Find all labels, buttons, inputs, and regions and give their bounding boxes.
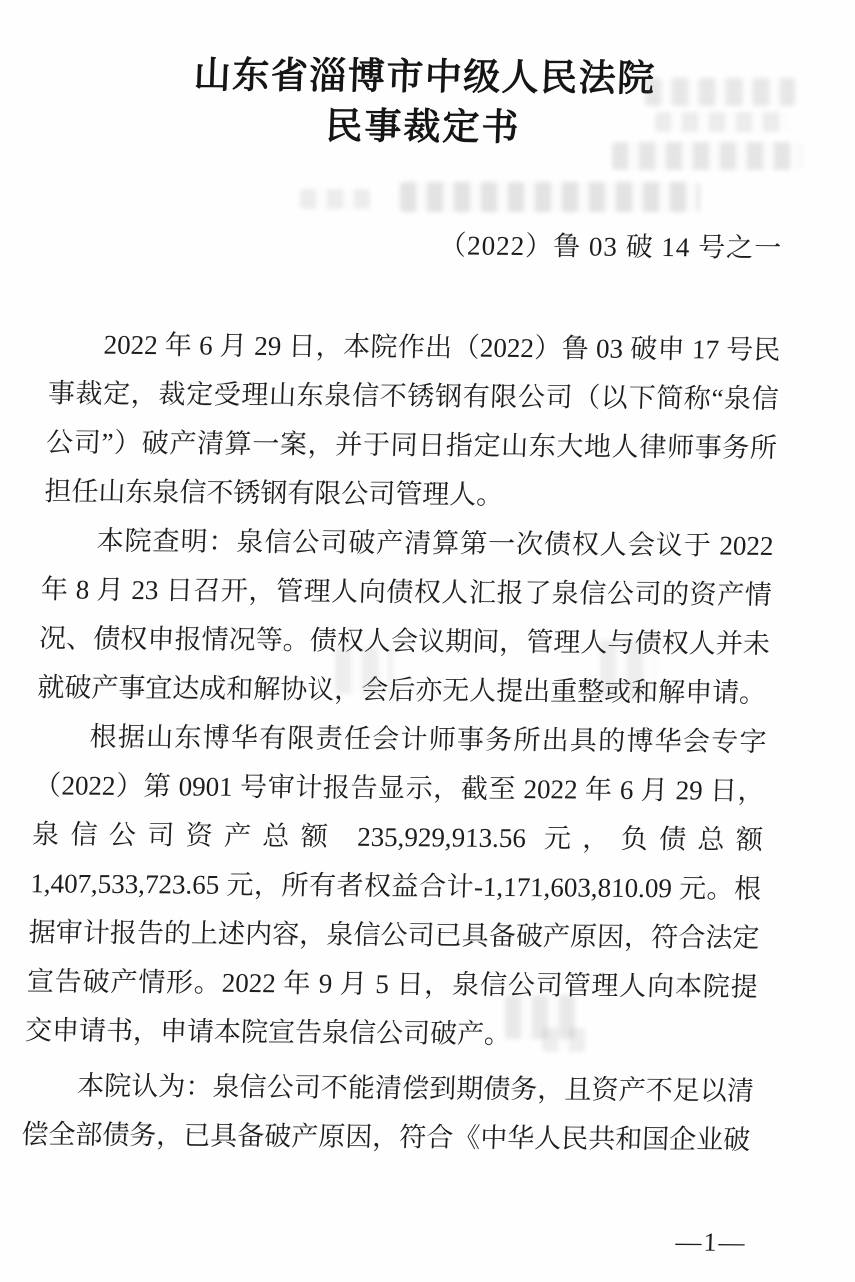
page-number: —1— [675,1227,747,1258]
paragraph-court-findings: 本院查明：泉信公司破产清算第一次债权人会议于 2022 年 8 月 23 日召开… [37,516,775,718]
court-name-heading: 山东省淄博市中级人民法院 [0,50,853,107]
paragraph-ruling-history: 2022 年 6 月 29 日，本院作出（2022）鲁 03 破申 17 号民事… [44,320,782,522]
case-number: （2022）鲁 03 破 14 号之一 [0,218,783,273]
document-sheet: 山东省淄博市中级人民法院 民事裁定书 （2022）鲁 03 破 14 号之一 2… [0,0,855,1282]
document-type-heading: 民事裁定书 [0,100,851,157]
document-body: 2022 年 6 月 29 日，本院作出（2022）鲁 03 破申 17 号民事… [21,320,782,1165]
scanned-court-document: 山东省淄博市中级人民法院 民事裁定书 （2022）鲁 03 破 14 号之一 2… [0,0,855,1282]
paragraph-audit-report: 根据山东博华有限责任会计师事务所出具的博华会专字（2022）第 0901 号审计… [24,712,767,1061]
paragraph-court-opinion: 本院认为：泉信公司不能清偿到期债务，且资产不足以清偿全部债务，已具备破产原因，符… [21,1061,755,1165]
